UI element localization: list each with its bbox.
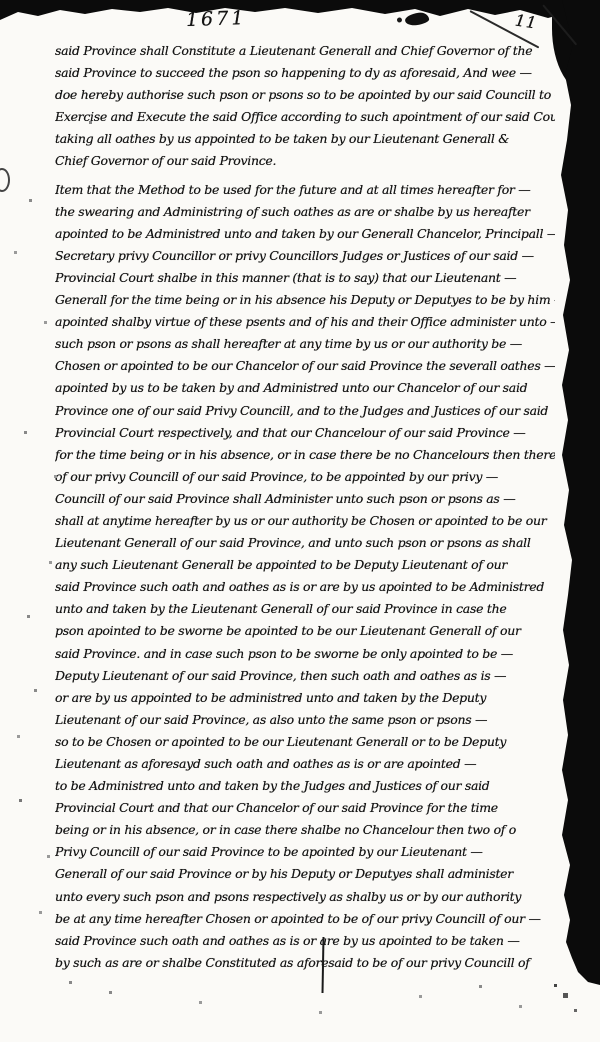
manuscript-line: doe hereby authorise such pson or psons … bbox=[55, 84, 555, 106]
manuscript-line: Provincial Court respectively, and that … bbox=[55, 422, 555, 444]
manuscript-line: Lieutenant Generall of our said Province… bbox=[55, 532, 555, 554]
manuscript-line: Province one of our said Privy Councill,… bbox=[55, 400, 555, 422]
manuscript-line: apointed shalby virtue of these psents a… bbox=[55, 311, 555, 333]
manuscript-text: said Province shall Constitute a Lieuten… bbox=[55, 40, 555, 974]
manuscript-line: said Province such oath and oathes as is… bbox=[55, 930, 555, 952]
manuscript-line: Privy Councill of our said Province to b… bbox=[55, 841, 555, 863]
manuscript-line: the swearing and Administring of such oa… bbox=[55, 201, 555, 223]
manuscript-line: taking all oathes by us appointed to be … bbox=[55, 128, 555, 150]
manuscript-line: of our privy Councill of our said Provin… bbox=[55, 466, 555, 488]
ink-blot-mark bbox=[404, 11, 429, 26]
manuscript-line: Chosen or apointed to be our Chancelor o… bbox=[55, 355, 555, 377]
manuscript-line: Deputy Lieutenant of our said Province, … bbox=[55, 665, 555, 687]
manuscript-line: or are by us appointed to be administred… bbox=[55, 687, 555, 709]
manuscript-page: 1671 11 said Province shall Constitute a… bbox=[0, 0, 600, 1042]
manuscript-line: by such as are or shalbe Constituted as … bbox=[55, 952, 555, 974]
manuscript-line: unto every such pson and psons respectiv… bbox=[55, 886, 555, 908]
manuscript-line: Item that the Method to be used for the … bbox=[55, 179, 555, 201]
manuscript-line: to be Administred unto and taken by the … bbox=[55, 775, 555, 797]
manuscript-line: apointed by us to be taken by and Admini… bbox=[55, 377, 555, 399]
manuscript-line: Lieutenant as aforesayd such oath and oa… bbox=[55, 753, 555, 775]
manuscript-line: be at any time hereafter Chosen or apoin… bbox=[55, 908, 555, 930]
manuscript-line: such pson or psons as shall hereafter at… bbox=[55, 333, 555, 355]
manuscript-line: pson apointed to be sworne be apointed t… bbox=[55, 620, 555, 642]
manuscript-line: unto and taken by the Lieutenant General… bbox=[55, 598, 555, 620]
manuscript-line: being or in his absence, or in case ther… bbox=[55, 819, 555, 841]
manuscript-line: Provincial Court shalbe in this manner (… bbox=[55, 267, 555, 289]
manuscript-line: Generall for the time being or in his ab… bbox=[55, 289, 555, 311]
manuscript-line: said Province shall Constitute a Lieuten… bbox=[55, 40, 555, 62]
scan-edge-right bbox=[548, 0, 600, 985]
left-edge-mark bbox=[0, 168, 10, 192]
manuscript-line: said Province to succeed the pson so hap… bbox=[55, 62, 555, 84]
manuscript-line: Provincial Court and that our Chancelor … bbox=[55, 797, 555, 819]
manuscript-line: Generall of our said Province or by his … bbox=[55, 863, 555, 885]
manuscript-line: Exercise and Execute the said Office acc… bbox=[55, 106, 555, 128]
manuscript-line: Councill of our said Province shall Admi… bbox=[55, 488, 555, 510]
manuscript-line: said Province such oath and oathes as is… bbox=[55, 576, 555, 598]
manuscript-line: Lieutenant of our said Province, as also… bbox=[55, 709, 555, 731]
manuscript-line: so to be Chosen or apointed to be our Li… bbox=[55, 731, 555, 753]
manuscript-line: Chief Governor of our said Province. bbox=[55, 150, 555, 172]
manuscript-line: apointed to be Administred unto and take… bbox=[55, 223, 555, 245]
manuscript-line: said Province. and in case such pson to … bbox=[55, 643, 555, 665]
scan-edge-top bbox=[0, 0, 600, 30]
manuscript-line: Secretary privy Councillor or privy Coun… bbox=[55, 245, 555, 267]
manuscript-line: any such Lieutenant Generall be appointe… bbox=[55, 554, 555, 576]
manuscript-line: for the time being or in his absence, or… bbox=[55, 444, 555, 466]
manuscript-line: shall at anytime hereafter by us or our … bbox=[55, 510, 555, 532]
